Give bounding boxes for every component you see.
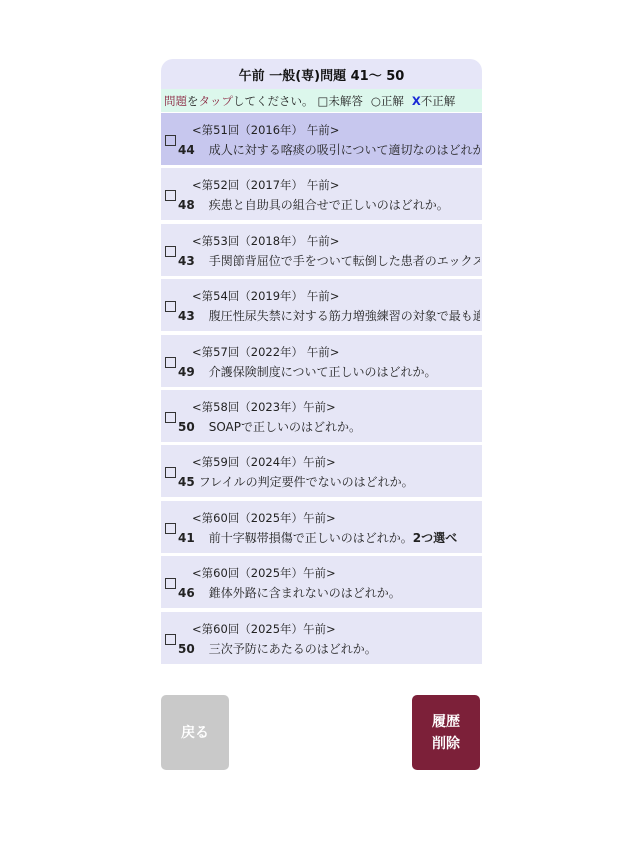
question-number: 50 (178, 420, 195, 434)
incorrect-x-icon: X (412, 94, 421, 108)
unanswered-checkbox-icon (165, 412, 176, 423)
question-panel: 午前 一般(専)問題 41～ 50 問題をタップしてください。 □未解答 ○正解… (161, 59, 482, 667)
clear-history-label-line2: 削除 (432, 736, 460, 752)
legend-incorrect: 不正解 (421, 93, 456, 109)
unanswered-checkbox-icon (165, 523, 176, 534)
unanswered-checkbox-icon (165, 135, 176, 146)
question-number: 46 (178, 586, 195, 600)
question-number: 49 (178, 365, 195, 379)
hint-text-rest: してください。 (233, 93, 314, 109)
question-number: 43 (178, 309, 195, 323)
question-text: 介護保険制度について正しいのはどれか。 (209, 365, 437, 379)
question-text: 前十字靱帯損傷で正しいのはどれか。 (209, 531, 413, 545)
unanswered-checkbox-icon (165, 246, 176, 257)
clear-history-label-line1: 履歴 (432, 714, 460, 730)
question-row[interactable]: <第58回（2023年）午前> 50SOAPで正しいのはどれか。 (161, 390, 482, 442)
question-number: 50 (178, 642, 195, 656)
question-text: 錐体外路に含まれないのはどれか。 (209, 586, 401, 600)
question-row[interactable]: <第59回（2024年）午前> 45フレイルの判定要件でないのはどれか。 (161, 445, 482, 497)
question-number: 44 (178, 143, 195, 157)
exam-session: <第57回（2022年） 午前> (192, 344, 339, 360)
question-text: 腹圧性尿失禁に対する筋力増強練習の対象で最も適切なのはどれか。 (209, 309, 480, 323)
unanswered-checkbox-icon (165, 301, 176, 312)
page-title: 午前 一般(専)問題 41～ 50 (161, 59, 482, 89)
question-row[interactable]: <第60回（2025年）午前> 46錐体外路に含まれないのはどれか。 (161, 556, 482, 608)
question-row[interactable]: <第60回（2025年）午前> 50三次予防にあたるのはどれか。 (161, 612, 482, 664)
question-number: 41 (178, 531, 195, 545)
exam-session: <第54回（2019年） 午前> (192, 288, 339, 304)
exam-session: <第60回（2025年）午前> (192, 621, 336, 637)
hint-tap-word-question: 問題 (164, 93, 187, 109)
unanswered-checkbox-icon (165, 357, 176, 368)
question-row[interactable]: <第60回（2025年）午前> 41前十字靱帯損傷で正しいのはどれか。2つ選べ (161, 501, 482, 553)
exam-session: <第59回（2024年）午前> (192, 454, 336, 470)
question-row[interactable]: <第54回（2019年） 午前> 43腹圧性尿失禁に対する筋力増強練習の対象で最… (161, 279, 482, 331)
legend-unanswered: □未解答 (318, 93, 363, 109)
exam-session: <第51回（2016年） 午前> (192, 122, 339, 138)
hint-tap-word-tap: タップ (199, 93, 234, 109)
question-row[interactable]: <第53回（2018年） 午前> 43手関節背屈位で手をついて転倒した患者のエッ… (161, 224, 482, 276)
unanswered-checkbox-icon (165, 634, 176, 645)
question-number: 43 (178, 254, 195, 268)
question-text: 三次予防にあたるのはどれか。 (209, 642, 377, 656)
exam-session: <第58回（2023年）午前> (192, 399, 336, 415)
question-number: 48 (178, 198, 195, 212)
back-button-label: 戻る (181, 722, 209, 744)
question-text: フレイルの判定要件でないのはどれか。 (199, 475, 414, 489)
question-list: <第51回（2016年） 午前> 44成人に対する喀痰の吸引について適切なのはど… (161, 113, 482, 664)
question-row[interactable]: <第57回（2022年） 午前> 49介護保険制度について正しいのはどれか。 (161, 335, 482, 387)
exam-session: <第52回（2017年） 午前> (192, 177, 339, 193)
question-instruction: 2つ選べ (413, 531, 457, 545)
unanswered-checkbox-icon (165, 190, 176, 201)
legend-correct: ○正解 (371, 93, 404, 109)
question-text: 疾患と自助具の組合せで正しいのはどれか。 (209, 198, 449, 212)
unanswered-checkbox-icon (165, 467, 176, 478)
clear-history-button[interactable]: 履歴削除 (412, 695, 480, 770)
question-number: 45 (178, 475, 195, 489)
exam-session: <第60回（2025年）午前> (192, 510, 336, 526)
question-row[interactable]: <第51回（2016年） 午前> 44成人に対する喀痰の吸引について適切なのはど… (161, 113, 482, 165)
back-button[interactable]: 戻る (161, 695, 229, 770)
clear-history-label: 履歴削除 (432, 711, 460, 755)
exam-session: <第60回（2025年）午前> (192, 565, 336, 581)
exam-session: <第53回（2018年） 午前> (192, 233, 339, 249)
question-text: SOAPで正しいのはどれか。 (209, 420, 361, 434)
question-text: 手関節背屈位で手をついて転倒した患者のエックス線写真 (209, 254, 480, 268)
question-text: 成人に対する喀痰の吸引について適切なのはどれか。 (209, 143, 480, 157)
question-row[interactable]: <第52回（2017年） 午前> 48疾患と自助具の組合せで正しいのはどれか。 (161, 168, 482, 220)
unanswered-checkbox-icon (165, 578, 176, 589)
hint-text: を (187, 93, 199, 109)
instruction-bar: 問題をタップしてください。 □未解答 ○正解 X 不正解 (161, 89, 482, 112)
